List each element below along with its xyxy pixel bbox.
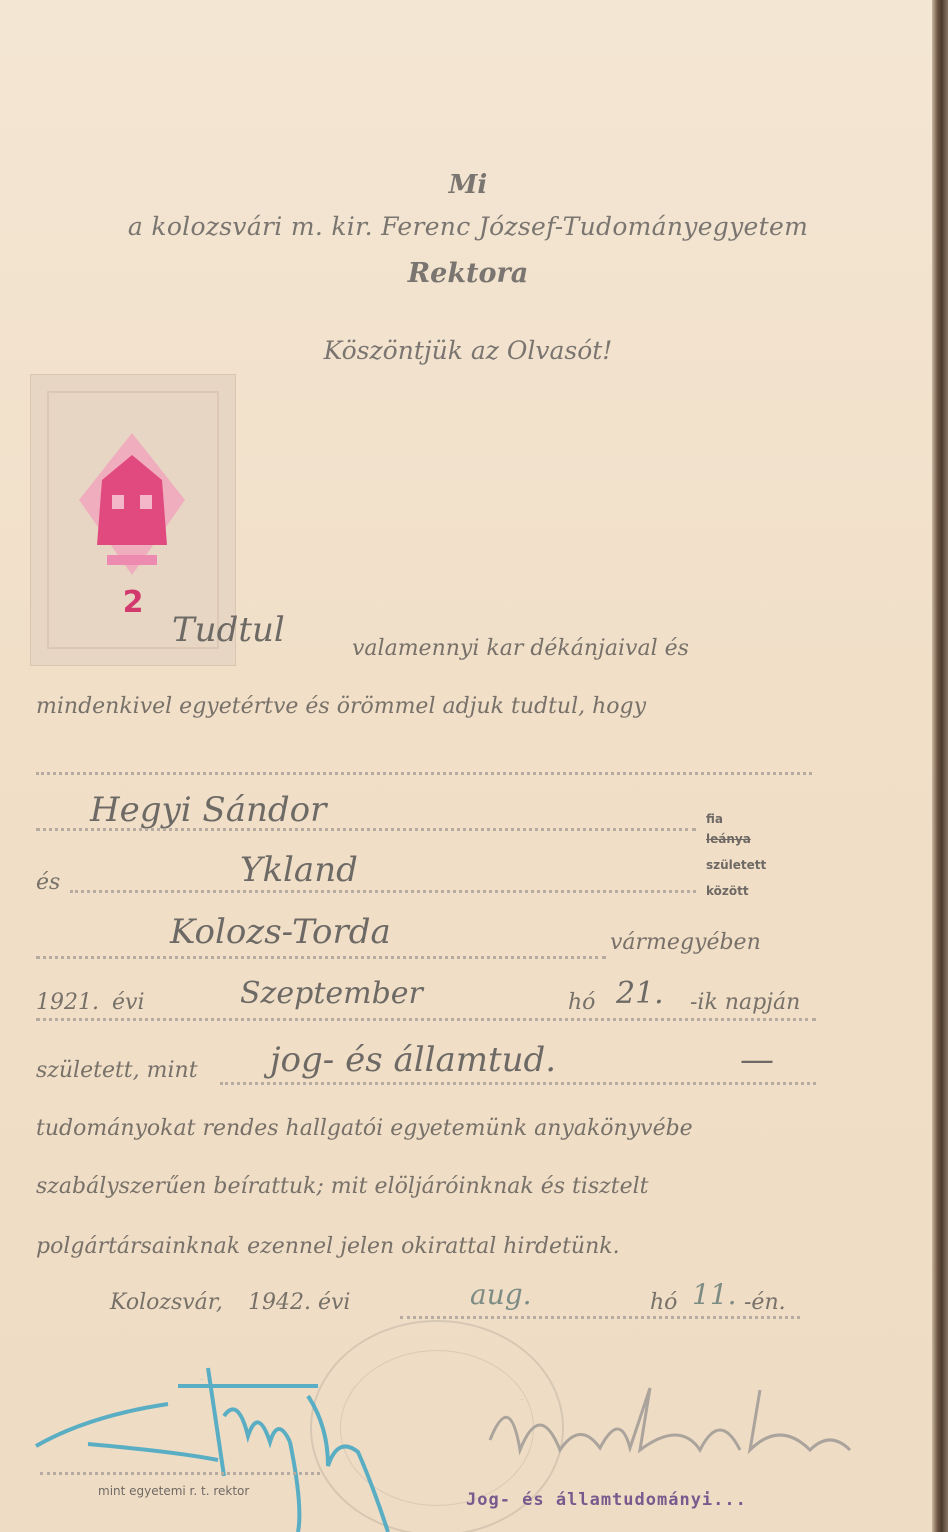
margin-note-kozott: között	[706, 884, 749, 898]
birth-year-suffix: évi	[112, 990, 152, 1015]
county-suffix: vármegyében	[610, 930, 820, 955]
handwritten-dash: —	[740, 1040, 774, 1080]
dean-stamp: Jog- és államtudományi...	[466, 1490, 747, 1510]
margin-note-szuletett: született	[706, 858, 766, 872]
birth-year: 1921.	[36, 990, 96, 1015]
dotted-line	[400, 1316, 800, 1319]
page-edge	[932, 0, 948, 1532]
handwritten-birthplace: Ykland	[240, 850, 358, 890]
margin-note-fia: fia	[706, 812, 723, 826]
body-line-1: valamennyi kar dékánjaival és	[352, 636, 822, 661]
margin-note-leanya: leánya	[706, 832, 751, 846]
dotted-line	[36, 828, 696, 831]
handwritten-county: Kolozs-Torda	[170, 912, 391, 952]
dotted-line	[220, 1082, 816, 1085]
rector-signature: Imreh	[200, 1380, 203, 1381]
body-line-2: mindenkivel egyetértve és örömmel adjuk …	[36, 694, 816, 719]
day-prefix: hó	[568, 990, 608, 1015]
dotted-line	[36, 772, 812, 775]
handwritten-issue-month: aug.	[470, 1278, 532, 1311]
body-line-9: polgártársainknak ezennel jelen okiratta…	[36, 1234, 816, 1259]
dotted-line	[36, 956, 606, 959]
signature-line	[40, 1472, 320, 1475]
rector-caption: mint egyetemi r. t. rektor	[98, 1484, 249, 1498]
day-suffix: -ik napján	[690, 990, 830, 1015]
heading-university: a kolozsvári m. kir. Ferenc József-Tudom…	[0, 212, 936, 241]
status-prefix: született, mint	[36, 1058, 266, 1083]
handwritten-tudtul: Tudtul	[172, 610, 285, 650]
dotted-line	[36, 1018, 816, 1021]
handwritten-name: Hegyi Sándor	[90, 790, 326, 830]
dotted-line	[70, 890, 696, 893]
issue-day-suffix: -én.	[744, 1290, 804, 1315]
issue-day-prefix: hó	[650, 1290, 690, 1315]
handwritten-month: Szeptember	[240, 976, 423, 1011]
handwritten-day: 21.	[616, 976, 664, 1011]
issue-year: 1942. évi	[248, 1290, 398, 1315]
place: Kolozsvár,	[110, 1290, 240, 1315]
heading-role: Rektora	[0, 258, 936, 289]
greeting: Köszöntjük az Olvasót!	[0, 336, 936, 365]
crown-emblem-icon	[67, 425, 197, 595]
handwritten-issue-day: 11.	[692, 1278, 737, 1311]
dean-signature-stroke	[480, 1380, 860, 1490]
body-line-7: tudományokat rendes hallgatói egyetemünk…	[36, 1116, 816, 1141]
rector-signature-stroke	[28, 1356, 448, 1532]
handwritten-faculty: jog- és államtud.	[270, 1040, 556, 1080]
heading-we: Mi	[0, 170, 936, 200]
stamp-value: 2	[111, 585, 155, 620]
document-page: Mi a kolozsvári m. kir. Ferenc József-Tu…	[0, 0, 936, 1532]
dean-signature: Venesz	[520, 1400, 524, 1401]
body-line-8: szabályszerűen beírattuk; mit elöljáróin…	[36, 1174, 816, 1199]
